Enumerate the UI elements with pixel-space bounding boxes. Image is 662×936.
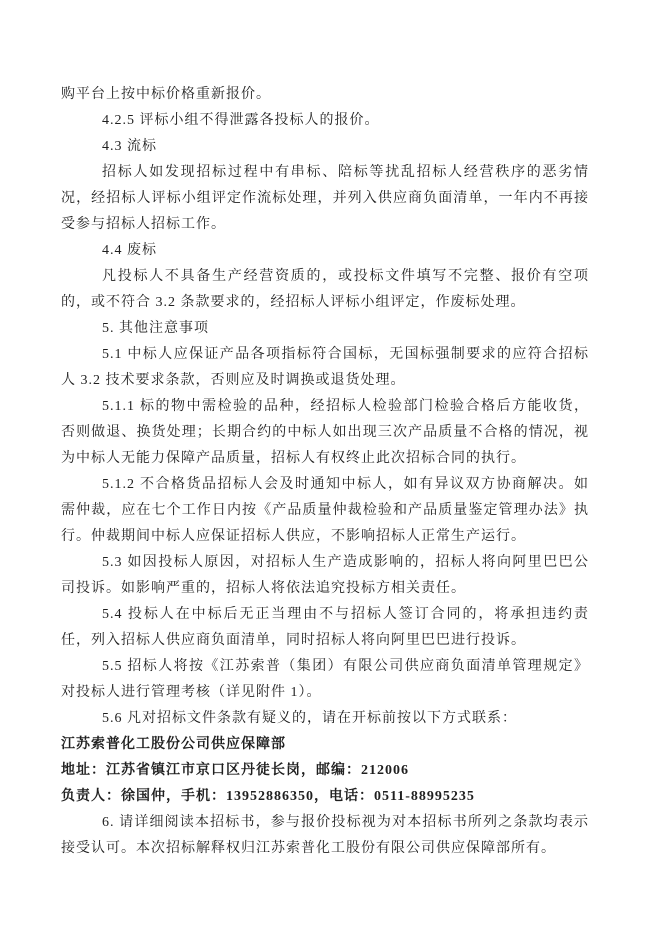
continuation-text: 购平台上按中标价格重新报价。 <box>61 82 589 108</box>
clause-5-3: 5.3 如因投标人原因，对招标人生产造成影响的，招标人将向阿里巴巴公司投诉。如影… <box>61 550 589 602</box>
clause-5-1-1: 5.1.1 标的物中需检验的品种，经招标人检验部门检验合格后方能收货，否则做退、… <box>61 394 589 472</box>
heading-5-other-notes: 5. 其他注意事项 <box>61 316 589 342</box>
clause-6-acceptance: 6. 请详细阅读本招标书，参与报价投标视为对本招标书所列之条款均表示接受认可。本… <box>61 810 589 862</box>
clause-5-6: 5.6 凡对招标文件条款有疑义的，请在开标前按以下方式联系： <box>61 706 589 732</box>
clause-4-3-body: 招标人如发现招标过程中有串标、陪标等扰乱招标人经营秩序的恶劣情况，经招标人评标小… <box>61 160 589 238</box>
contact-person-phone: 负责人：徐国仲，手机：13952886350，电话：0511-88995235 <box>61 784 589 810</box>
clause-5-4: 5.4 投标人在中标后无正当理由不与招标人签订合同的，将承担违约责任，列入招标人… <box>61 602 589 654</box>
contact-address: 地址：江苏省镇江市京口区丹徒长岗，邮编：212006 <box>61 758 589 784</box>
heading-4-3-liubiao: 4.3 流标 <box>61 134 589 160</box>
clause-5-1-2: 5.1.2 不合格货品招标人会及时通知中标人，如有异议双方协商解决。如需仲裁，应… <box>61 472 589 550</box>
document-page: 购平台上按中标价格重新报价。 4.2.5 评标小组不得泄露各投标人的报价。 4.… <box>0 0 662 936</box>
clause-4-2-5: 4.2.5 评标小组不得泄露各投标人的报价。 <box>61 108 589 134</box>
contact-department: 江苏索普化工股份公司供应保障部 <box>61 732 589 758</box>
clause-4-4-body: 凡投标人不具备生产经营资质的，或投标文件填写不完整、报价有空项的，或不符合 3.… <box>61 264 589 316</box>
clause-5-5: 5.5 招标人将按《江苏索普（集团）有限公司供应商负面清单管理规定》对投标人进行… <box>61 654 589 706</box>
clause-5-1: 5.1 中标人应保证产品各项指标符合国标，无国标强制要求的应符合招标人 3.2 … <box>61 342 589 394</box>
document-body: 购平台上按中标价格重新报价。 4.2.5 评标小组不得泄露各投标人的报价。 4.… <box>61 82 589 862</box>
heading-4-4-feibiao: 4.4 废标 <box>61 238 589 264</box>
